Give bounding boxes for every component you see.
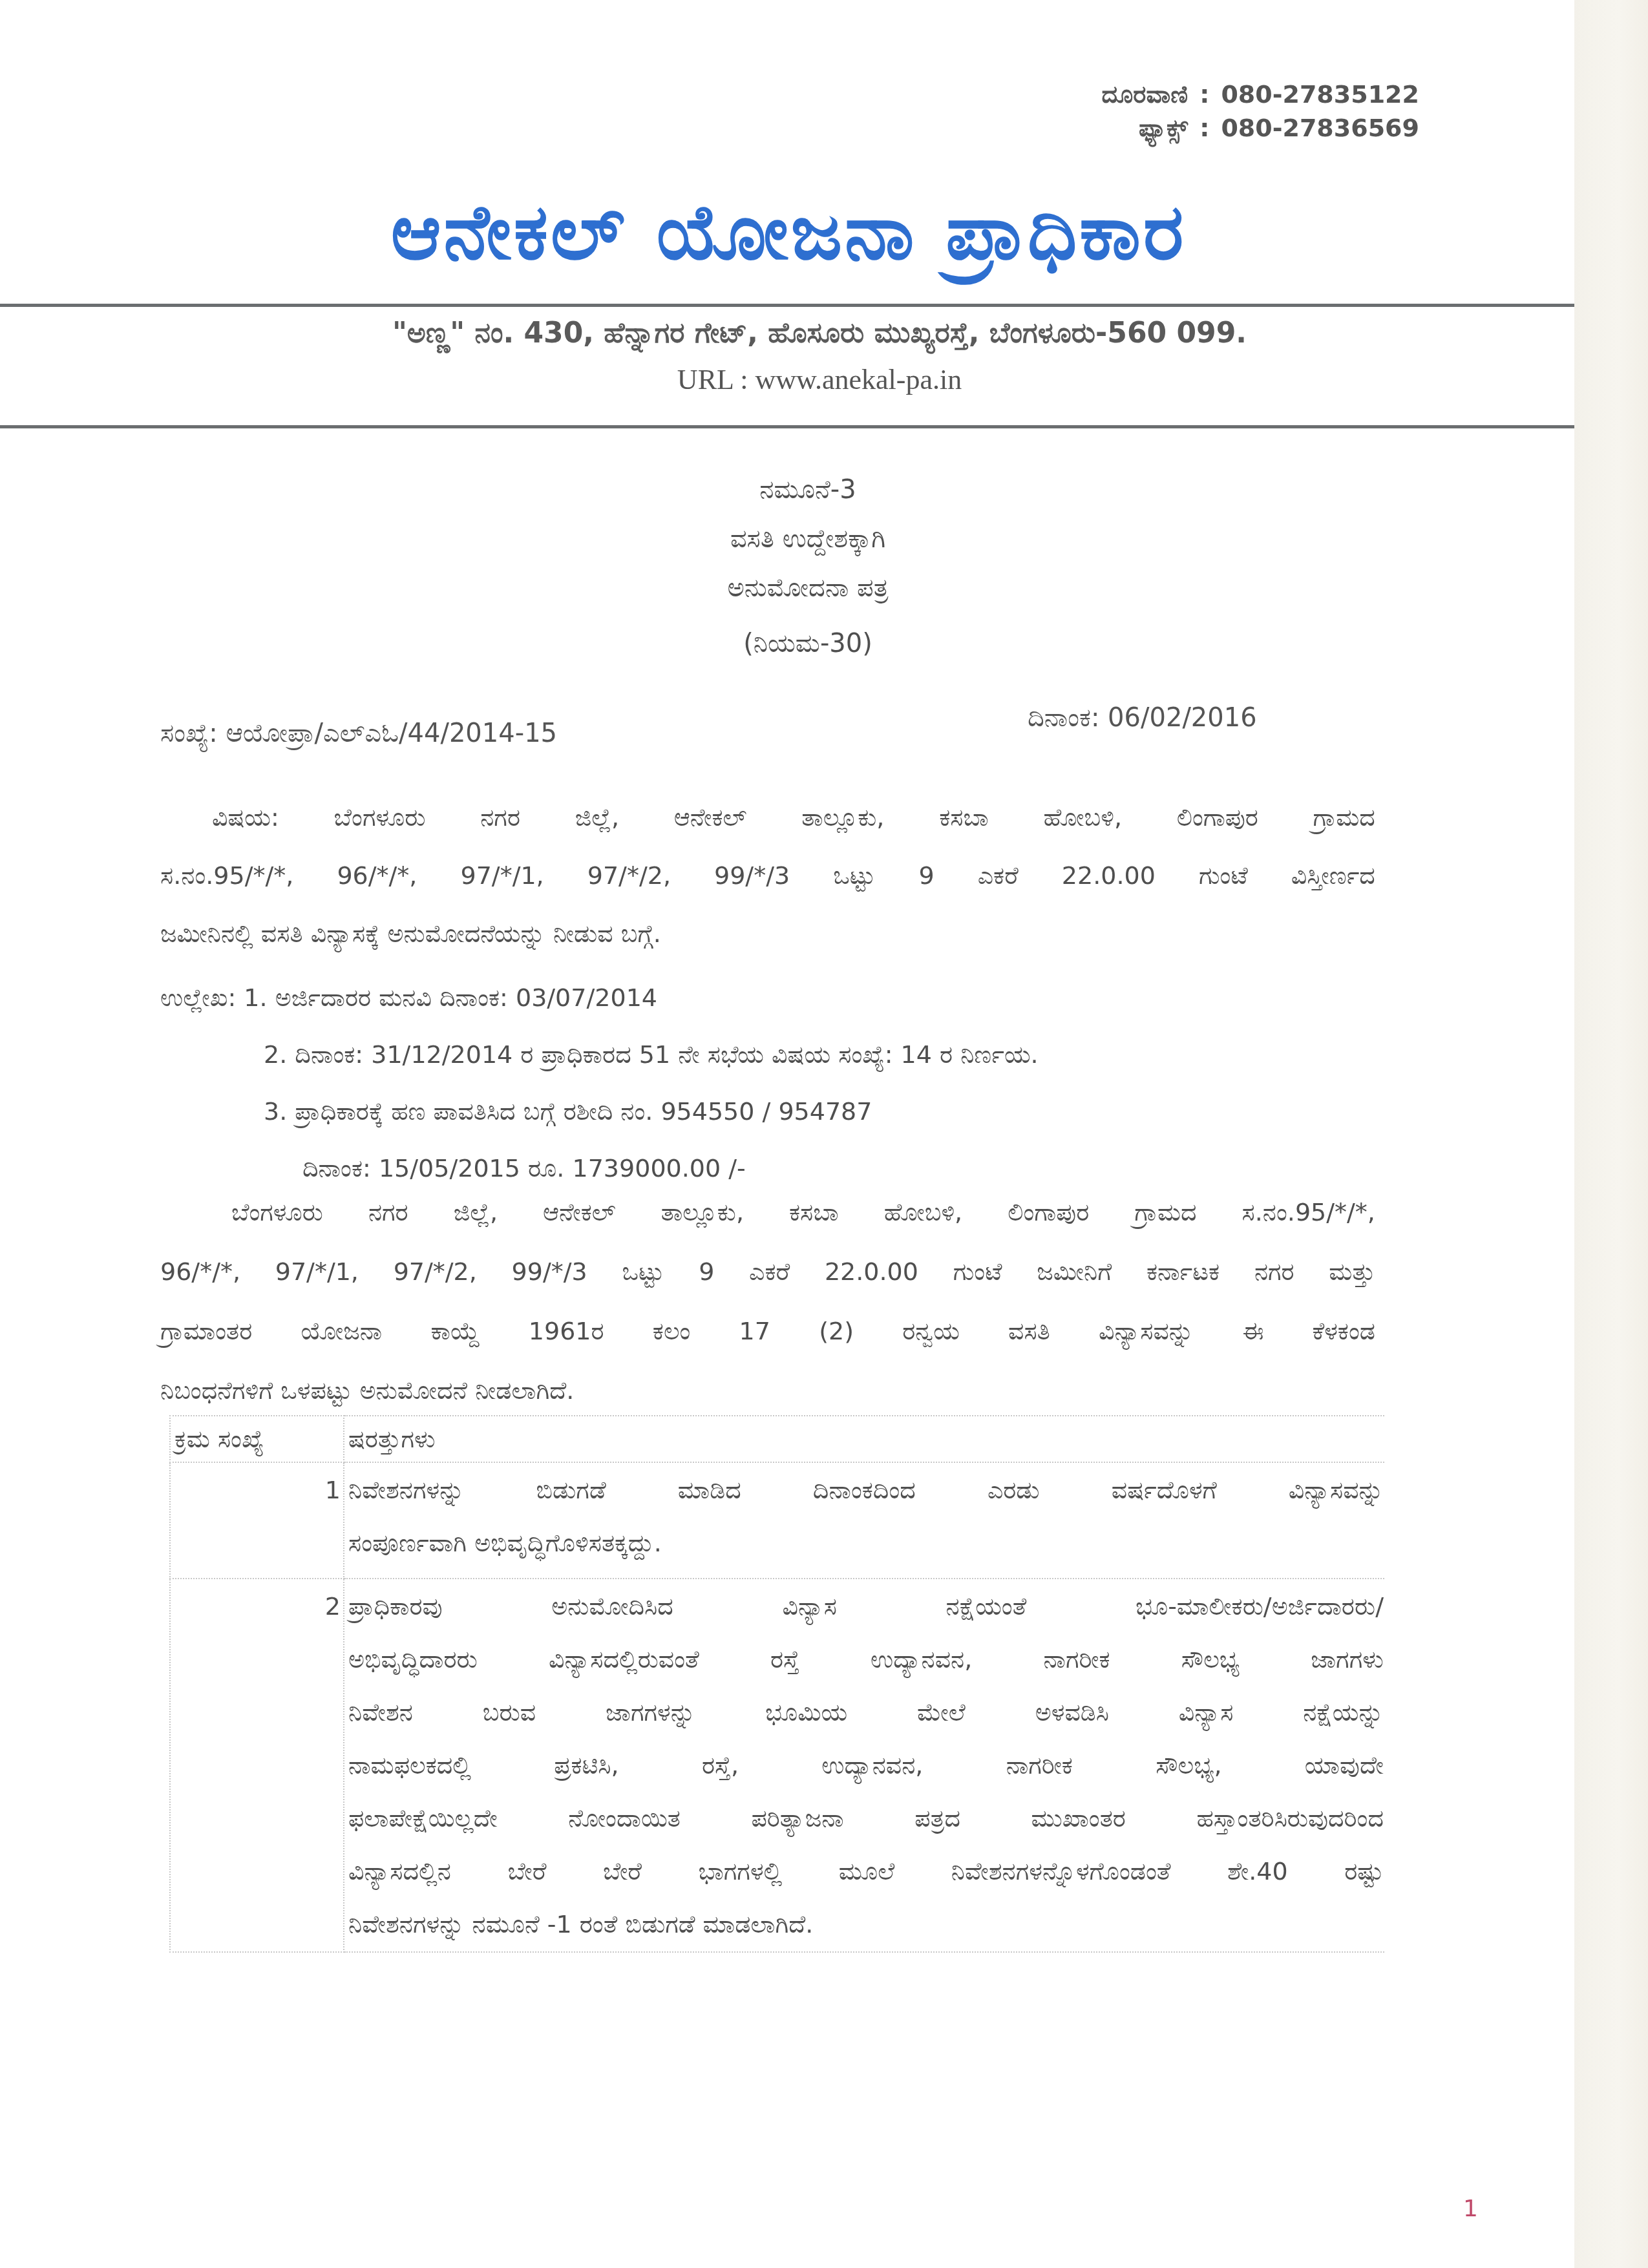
form-purpose: ವಸತಿ ಉದ್ದೇಶಕ್ಕಾಗಿ [582, 514, 1034, 563]
text-line: 96/*/*,97/*/1,97/*/2,99/*/3ಒಟ್ಟು9ಎಕರೆ22.… [160, 1242, 1375, 1301]
form-number: ನಮೂನೆ-3 [582, 465, 1034, 514]
serial-number-cell: 2 [170, 1579, 344, 1952]
document-page: ದೂರವಾಣಿ:080-27835122 ಫ್ಯಾಕ್ಸ್:080-278365… [0, 0, 1574, 2268]
text-line: ಫಲಾಪೇಕ್ಷೆಯಿಲ್ಲದೇನೋಂದಾಯಿತಪರಿತ್ಯಾಜನಾಪತ್ರದಮ… [348, 1792, 1384, 1845]
organization-title: ಆನೇಕಲ್ ಯೋಜನಾ ಪ್ರಾಧಿಕಾರ [284, 187, 1293, 278]
scanner-margin [1574, 0, 1648, 2268]
text-line: ನಿವೇಶನಗಳನ್ನು ನಮೂನೆ -1 ರಂತೆ ಬಿಡುಗಡೆ ಮಾಡಲಾ… [348, 1898, 1384, 1951]
header-rule-bottom [0, 425, 1574, 428]
page-number: 1 [1463, 2196, 1478, 2222]
reference-item: 2. ದಿನಾಂಕ: 31/12/2014 ರ ಪ್ರಾಧಿಕಾರದ 51 ನೇ… [160, 1026, 1375, 1083]
text-line: ಬೆಂಗಳೂರುನಗರಜಿಲ್ಲೆ,ಆನೇಕಲ್ತಾಲ್ಲೂಕು,ಕಸಬಾಹೋಬ… [160, 1182, 1375, 1242]
fax-row: ಫ್ಯಾಕ್ಸ್:080-27836569 [1102, 111, 1419, 145]
condition-text-cell: ನಿವೇಶನಗಳನ್ನುಬಿಡುಗಡೆಮಾಡಿದದಿನಾಂಕದಿಂದಎರಡುವರ… [344, 1462, 1384, 1579]
phone-row: ದೂರವಾಣಿ:080-27835122 [1102, 78, 1419, 111]
text-line: ಸ.ನಂ.95/*/*,96/*/*,97/*/1,97/*/2,99/*/3ಒ… [160, 846, 1375, 905]
header-rule-top [0, 304, 1574, 307]
text-line: ನಿವೇಶನಗಳನ್ನುಬಿಡುಗಡೆಮಾಡಿದದಿನಾಂಕದಿಂದಎರಡುವರ… [348, 1464, 1384, 1517]
header-serial-number: ಕ್ರಮ ಸಂಖ್ಯೆ [170, 1416, 344, 1462]
text-line: ಸಂಪೂರ್ಣವಾಗಿ ಅಭಿವೃದ್ಧಿಗೊಳಿಸತಕ್ಕದ್ದು. [348, 1517, 1384, 1570]
text-line: ವಿನ್ಯಾಸದಲ್ಲಿನಬೇರೆಬೇರೆಭಾಗಗಳಲ್ಲಿಮೂಲೆನಿವೇಶನ… [348, 1845, 1384, 1898]
form-rule: (ನಿಯಮ-30) [582, 619, 1034, 668]
reference-number: ಸಂಖ್ಯೆ: ಆಯೋಪ್ರಾ/ಎಲ್ಎಓ/44/2014-15 [160, 719, 557, 748]
text-line: ಜಮೀನಿನಲ್ಲಿ ವಸತಿ ವಿನ್ಯಾಸಕ್ಕೆ ಅನುಮೋದನೆಯನ್ನ… [160, 905, 1375, 963]
reference-item: ಉಲ್ಲೇಖ: 1. ಅರ್ಜಿದಾರರ ಮನವಿ ದಿನಾಂಕ: 03/07/… [160, 969, 1375, 1026]
phone-number: 080-27835122 [1221, 80, 1419, 109]
body-paragraph: ಬೆಂಗಳೂರುನಗರಜಿಲ್ಲೆ,ಆನೇಕಲ್ತಾಲ್ಲೂಕು,ಕಸಬಾಹೋಬ… [160, 1182, 1375, 1420]
subject-section: ವಿಷಯ:ಬೆಂಗಳೂರುನಗರಜಿಲ್ಲೆ,ಆನೇಕಲ್ತಾಲ್ಲೂಕು,ಕಸ… [160, 788, 1375, 963]
text-line: ಅಭಿವೃದ್ಧಿದಾರರುವಿನ್ಯಾಸದಲ್ಲಿರುವಂತೆರಸ್ತೆಉದ್… [348, 1633, 1384, 1686]
reference-item: 3. ಪ್ರಾಧಿಕಾರಕ್ಕೆ ಹಣ ಪಾವತಿಸಿದ ಬಗ್ಗೆ ರಶೀದಿ… [160, 1083, 1375, 1140]
form-heading: ನಮೂನೆ-3 ವಸತಿ ಉದ್ದೇಶಕ್ಕಾಗಿ ಅನುಮೋದನಾ ಪತ್ರ … [582, 465, 1034, 668]
phone-label: ದೂರವಾಣಿ [1102, 80, 1188, 109]
text-line: ನಿವೇಶನಬರುವಜಾಗಗಳನ್ನುಭೂಮಿಯಮೇಲೆಅಳವಡಿಸಿವಿನ್ಯ… [348, 1686, 1384, 1739]
fax-number: 080-27836569 [1221, 114, 1419, 142]
serial-number-cell: 1 [170, 1462, 344, 1579]
condition-text-cell: ಪ್ರಾಧಿಕಾರವುಅನುಮೋದಿಸಿದವಿನ್ಯಾಸನಕ್ಷೆಯಂತೆಭೂ-… [344, 1579, 1384, 1952]
text-line: ನಾಮಫಲಕದಲ್ಲಿಪ್ರಕಟಿಸಿ,ರಸ್ತೆ,ಉದ್ಯಾನವನ,ನಾಗರೀ… [348, 1739, 1384, 1792]
table-row: 2ಪ್ರಾಧಿಕಾರವುಅನುಮೋದಿಸಿದವಿನ್ಯಾಸನಕ್ಷೆಯಂತೆಭೂ… [170, 1579, 1384, 1952]
text-line: ಪ್ರಾಧಿಕಾರವುಅನುಮೋದಿಸಿದವಿನ್ಯಾಸನಕ್ಷೆಯಂತೆಭೂ-… [348, 1580, 1384, 1633]
document-date: ದಿನಾಂಕ: 06/02/2016 [1028, 703, 1257, 733]
table-header-row: ಕ್ರಮ ಸಂಖ್ಯೆ ಷರತ್ತುಗಳು [170, 1416, 1384, 1462]
header-conditions: ಷರತ್ತುಗಳು [344, 1416, 1384, 1462]
references-section: ಉಲ್ಲೇಖ: 1. ಅರ್ಜಿದಾರರ ಮನವಿ ದಿನಾಂಕ: 03/07/… [160, 969, 1375, 1197]
organization-url: URL : www.anekal-pa.in [0, 363, 1574, 396]
form-doc-type: ಅನುಮೋದನಾ ಪತ್ರ [582, 563, 1034, 613]
text-line: ಗ್ರಾಮಾಂತರಯೋಜನಾಕಾಯ್ದೆ1961ರಕಲಂ17(2)ರನ್ವಯವಸ… [160, 1301, 1375, 1361]
contact-block: ದೂರವಾಣಿ:080-27835122 ಫ್ಯಾಕ್ಸ್:080-278365… [1102, 78, 1419, 145]
organization-address: "ಅಣ್ಣ" ನಂ. 430, ಹೆನ್ನಾಗರ ಗೇಟ್, ಹೊಸೂರು ಮು… [0, 317, 1574, 350]
references-label: ಉಲ್ಲೇಖ: [160, 983, 236, 1012]
text-line: ನಿಬಂಧನೆಗಳಿಗೆ ಒಳಪಟ್ಟು ಅನುಮೋದನೆ ನೀಡಲಾಗಿದೆ. [160, 1361, 1375, 1420]
fax-label: ಫ್ಯಾಕ್ಸ್ [1139, 114, 1188, 142]
text-line: ವಿಷಯ:ಬೆಂಗಳೂರುನಗರಜಿಲ್ಲೆ,ಆನೇಕಲ್ತಾಲ್ಲೂಕು,ಕಸ… [160, 788, 1375, 846]
table-row: 1ನಿವೇಶನಗಳನ್ನುಬಿಡುಗಡೆಮಾಡಿದದಿನಾಂಕದಿಂದಎರಡುವ… [170, 1462, 1384, 1579]
conditions-table: ಕ್ರಮ ಸಂಖ್ಯೆ ಷರತ್ತುಗಳು 1ನಿವೇಶನಗಳನ್ನುಬಿಡುಗ… [169, 1415, 1384, 1953]
